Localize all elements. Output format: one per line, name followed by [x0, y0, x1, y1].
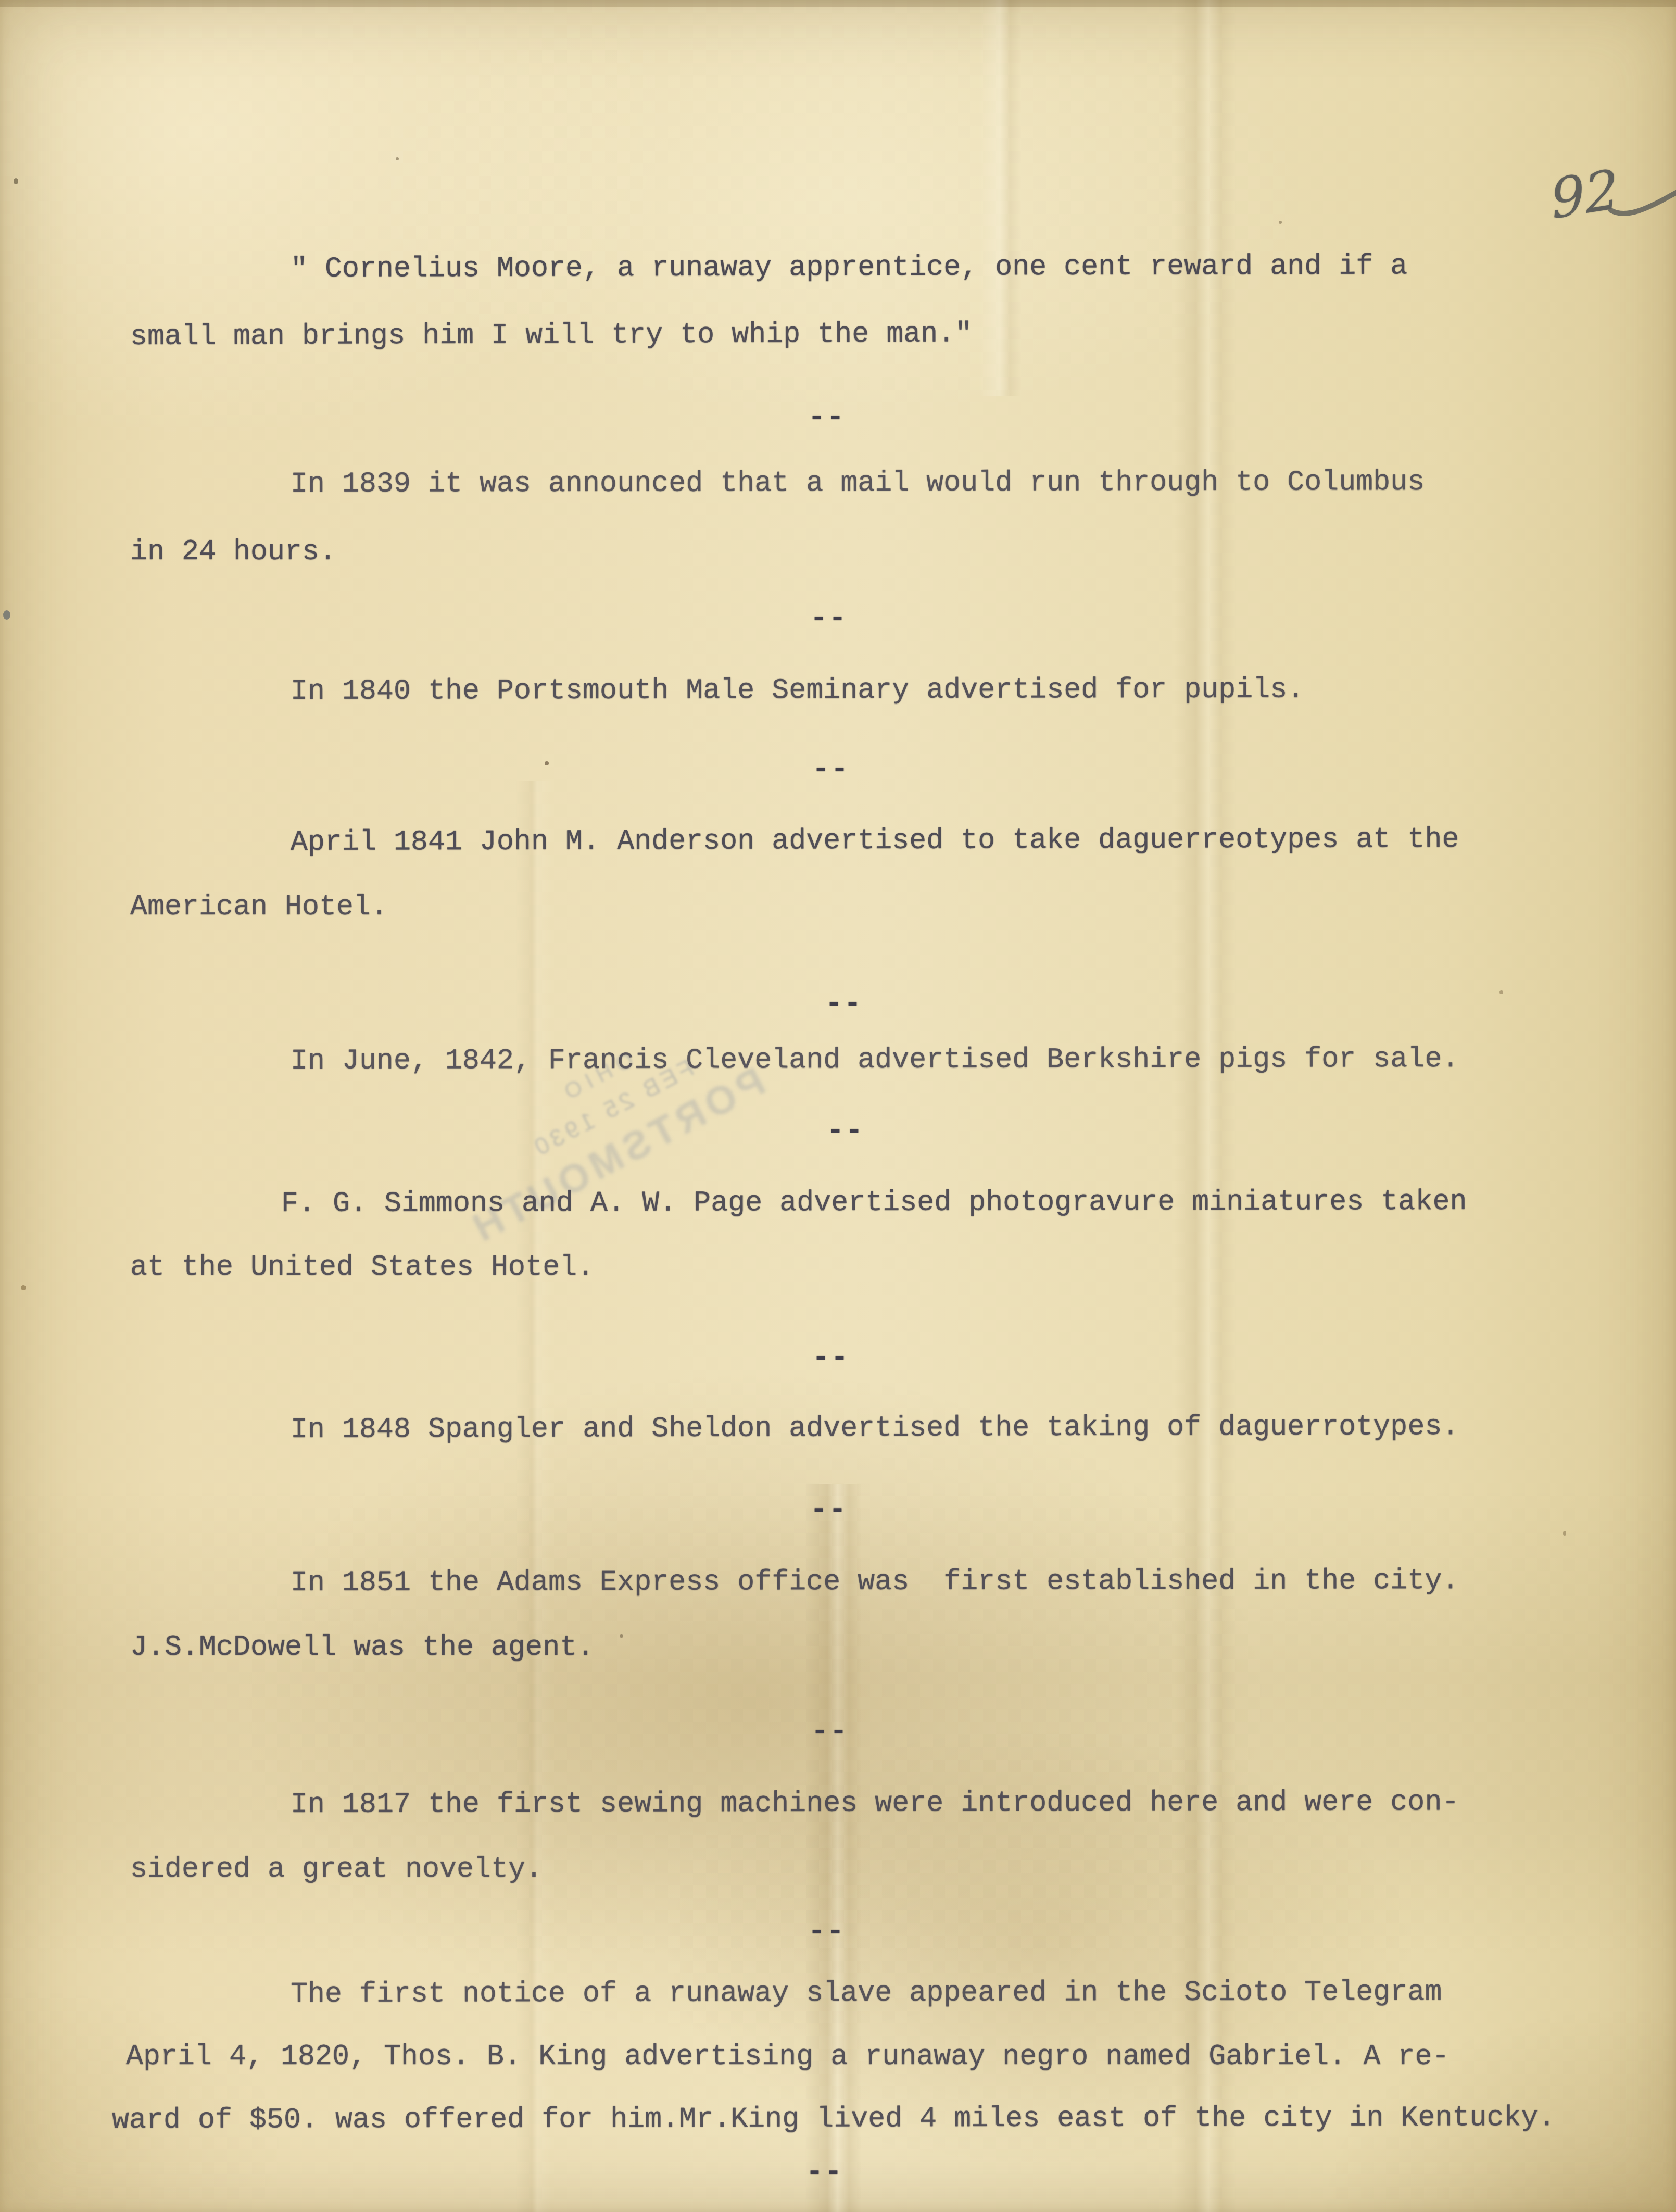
- section-divider: --: [808, 1916, 846, 1947]
- paper-speck: [1563, 1531, 1566, 1536]
- paper-speck: [1499, 990, 1503, 994]
- section-divider: --: [810, 603, 848, 634]
- typed-line: at the United States Hotel.: [130, 1252, 594, 1283]
- typed-line: American Hotel.: [130, 891, 388, 923]
- paper-speck: [1279, 221, 1282, 224]
- paper-crease: [979, 0, 1020, 396]
- typed-line: sidered a great novelty.: [130, 1854, 543, 1885]
- paper-speck: [21, 1285, 26, 1290]
- section-divider: --: [806, 2157, 843, 2188]
- paper-speck: [396, 157, 399, 160]
- paper-speck: [14, 178, 18, 184]
- typed-line: April 1841 John M. Anderson advertised t…: [291, 824, 1459, 858]
- section-divider: --: [825, 988, 863, 1020]
- typed-line: In 1848 Spangler and Sheldon advertised …: [291, 1411, 1459, 1446]
- typed-line: In 1851 the Adams Express office was fir…: [291, 1565, 1459, 1599]
- paper-speck: [3, 610, 10, 620]
- typed-line: In June, 1842, Francis Cleveland adverti…: [291, 1044, 1459, 1077]
- typed-line: J.S.McDowell was the agent.: [130, 1632, 594, 1663]
- typed-line: F. G. Simmons and A. W. Page advertised …: [281, 1186, 1467, 1220]
- typed-line: small man brings him I will try to whip …: [130, 318, 972, 353]
- typed-line: In 1840 the Portsmouth Male Seminary adv…: [291, 674, 1304, 707]
- section-divider: --: [808, 402, 846, 433]
- typed-line: April 4, 1820, Thos. B. King advertising…: [126, 2041, 1449, 2072]
- typed-line: " Cornelius Moore, a runaway apprentice,…: [291, 250, 1408, 285]
- stamp-state-line: OHIO: [461, 998, 730, 1157]
- page-number-handwritten: 92: [1548, 157, 1621, 232]
- typed-line: In 1817 the first sewing machines were i…: [291, 1787, 1459, 1820]
- section-divider: --: [827, 1115, 864, 1147]
- typed-line: ward of $50. was offered for him.Mr.King…: [112, 2102, 1556, 2136]
- typed-line: The first notice of a runaway slave appe…: [291, 1977, 1442, 2010]
- paper-top-edge-shadow: [0, 0, 1676, 7]
- document-page: OHIO FEB 25 1930 PORTSMOUTH 92 " Corneli…: [0, 0, 1676, 2212]
- paper-speck: [545, 761, 549, 765]
- paper-crease: [1174, 0, 1237, 2212]
- section-divider: --: [811, 1716, 849, 1748]
- typed-line: in 24 hours.: [130, 536, 336, 568]
- section-divider: --: [812, 1342, 850, 1374]
- section-divider: --: [812, 754, 850, 785]
- section-divider: --: [810, 1494, 848, 1526]
- paper-speck: [620, 1634, 623, 1638]
- typed-line: In 1839 it was announced that a mail wou…: [291, 467, 1425, 500]
